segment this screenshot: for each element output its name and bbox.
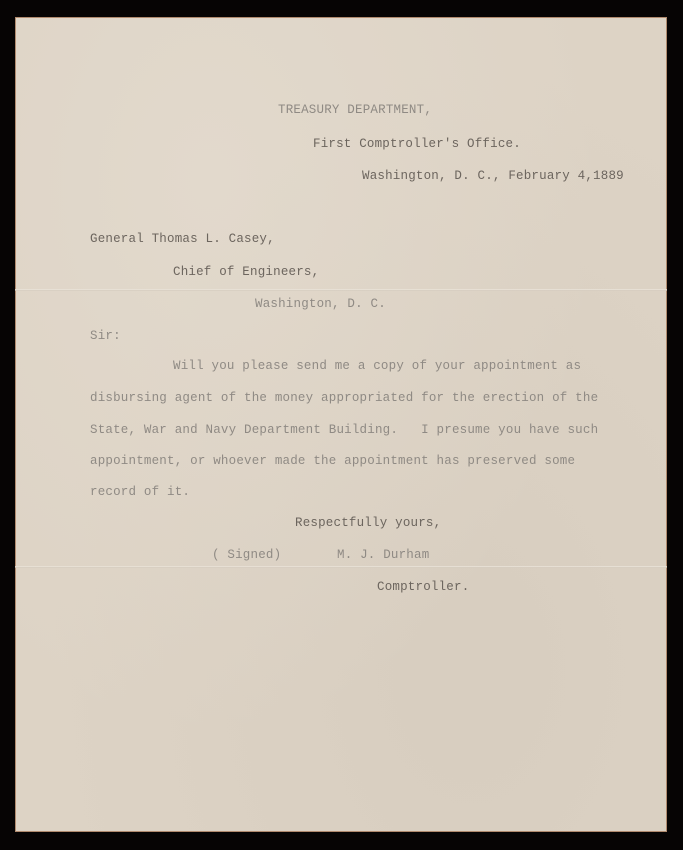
body-line-4: appointment, or whoever made the appoint… [90, 454, 575, 468]
closing: Respectfully yours, [295, 516, 441, 530]
signer-name: M. J. Durham [337, 548, 429, 562]
signer-title: Comptroller. [377, 580, 469, 594]
body-line-5: record of it. [90, 485, 190, 499]
body-line-2: disbursing agent of the money appropriat… [90, 391, 598, 405]
recipient-name: General Thomas L. Casey, [90, 232, 275, 246]
letterhead-department: TREASURY DEPARTMENT, [278, 103, 432, 117]
salutation: Sir: [90, 329, 121, 343]
letter-paper: TREASURY DEPARTMENT, First Comptroller's… [15, 17, 667, 832]
recipient-location: Washington, D. C. [255, 297, 386, 311]
fold-line-top [15, 289, 667, 291]
place-date: Washington, D. C., February 4,1889 [362, 169, 624, 183]
body-line-1: Will you please send me a copy of your a… [173, 359, 581, 373]
signed-note: ( Signed) [212, 548, 281, 562]
letterhead-office: First Comptroller's Office. [313, 137, 521, 151]
fold-line-bottom [15, 566, 667, 568]
recipient-title: Chief of Engineers, [173, 265, 319, 279]
body-line-3: State, War and Navy Department Building.… [90, 423, 598, 437]
